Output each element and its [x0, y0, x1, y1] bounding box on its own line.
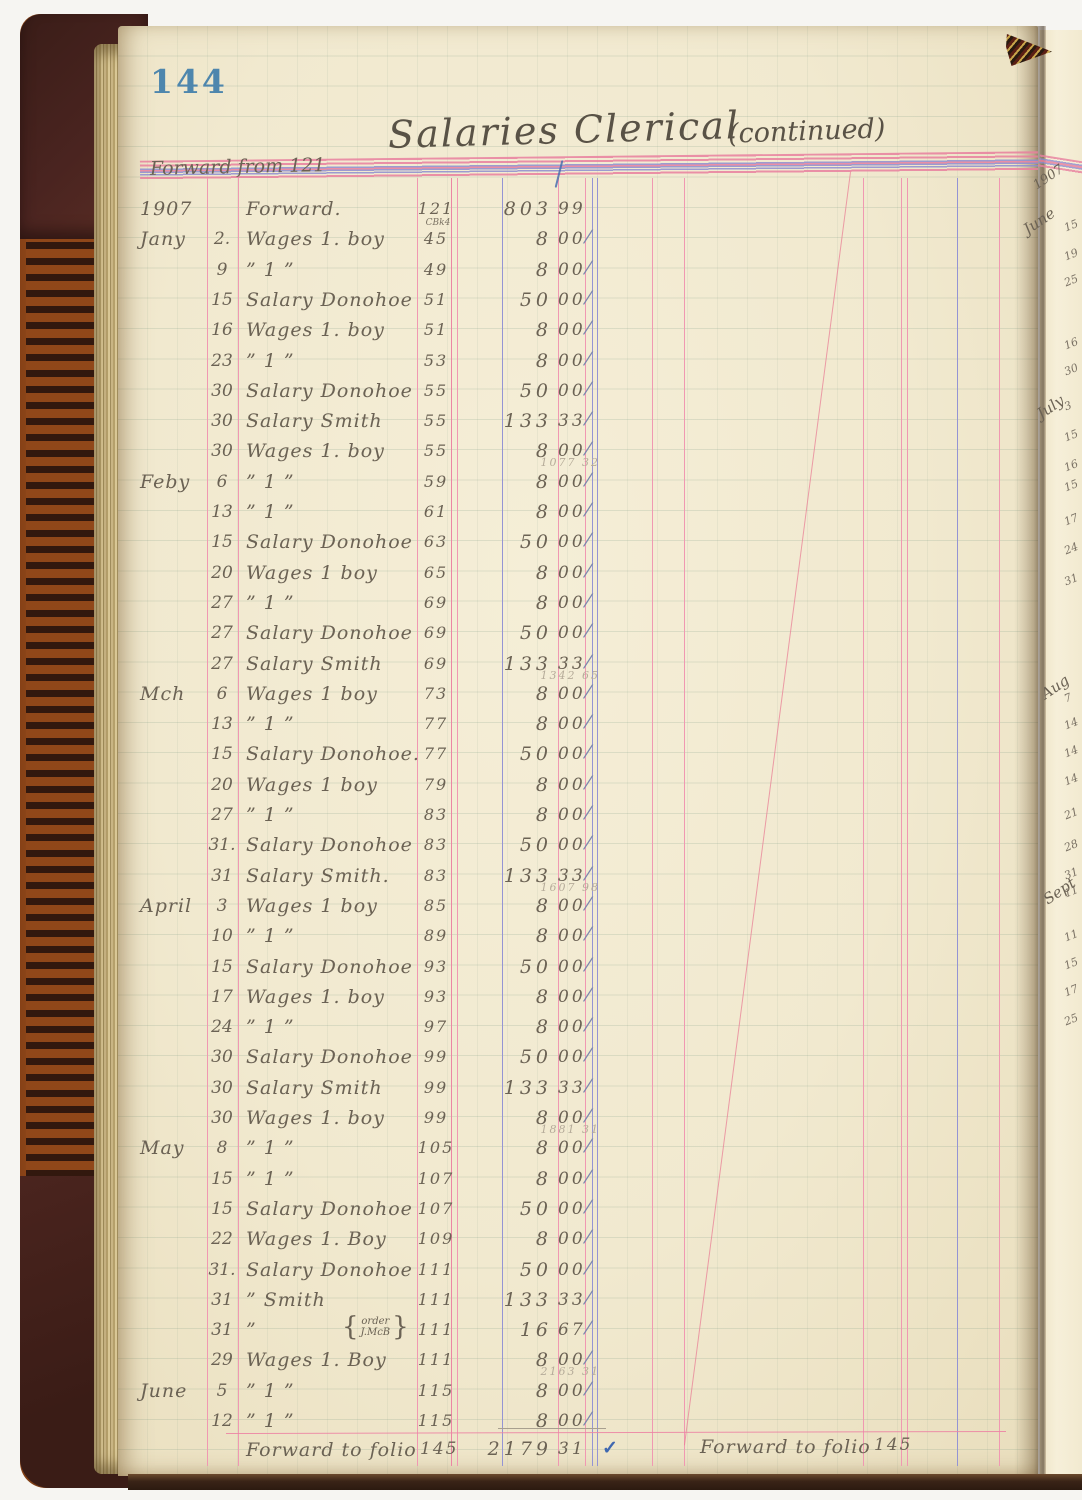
entry-description: Forward.: [246, 200, 418, 219]
forward-folio: 145: [420, 1441, 458, 1458]
entry-description: Salary Donohoe: [246, 958, 418, 977]
day-label: 31: [206, 1322, 238, 1339]
tick-mark: /: [584, 834, 606, 854]
amount-dollars: 8: [490, 988, 552, 1007]
folio-number: 89: [414, 928, 458, 944]
folio-number: 105: [414, 1140, 458, 1156]
folio-number: 83: [414, 807, 458, 823]
gutter-shadow: [1014, 26, 1046, 1476]
day-label: 15: [206, 534, 238, 551]
day-label: 24: [206, 1019, 238, 1036]
entry-description: ” 1 ”: [246, 261, 418, 280]
folio-number: 111: [414, 1292, 458, 1308]
amount-dollars: 50: [490, 745, 552, 764]
amount-dollars: 8: [490, 230, 552, 249]
amount-dollars: 8: [490, 321, 552, 340]
tick-mark: /: [584, 380, 606, 400]
day-label: 31.: [206, 837, 238, 854]
column-rule: [957, 178, 958, 1466]
day-label: 5: [206, 1383, 238, 1400]
day-label: 30: [206, 1080, 238, 1097]
tick-mark: /: [584, 289, 606, 309]
forward-to-label: Forward to folio: [246, 1441, 417, 1460]
entry-description: Salary Donohoe: [246, 1048, 418, 1067]
folio-number: 73: [414, 686, 458, 702]
folio-number: 65: [414, 565, 458, 581]
entry-description: Salary Donohoe: [246, 291, 418, 310]
cash-book-note: CBk4: [416, 219, 460, 228]
entry-description: ” 1 ”: [246, 594, 418, 613]
entry-description: Wages 1. boy: [246, 321, 418, 340]
brace-note-lines: orderJ.McB: [359, 1316, 393, 1339]
column-rule: [652, 178, 653, 1466]
brace-note-line1: order: [361, 1316, 391, 1328]
day-label: 15: [206, 1171, 238, 1188]
day-label: 30: [206, 413, 238, 430]
entry-description: Wages 1. boy: [246, 1109, 418, 1128]
tick-mark: /: [584, 410, 606, 430]
amount-dollars: 8: [490, 1230, 552, 1249]
folio-number: 97: [414, 1019, 458, 1035]
pencil-running-total: 1881 31: [468, 1124, 600, 1135]
amount-dollars: 8: [490, 473, 552, 492]
folio-number: 69: [414, 595, 458, 611]
entry-description: Wages 1 boy: [246, 776, 418, 795]
folio-number: 93: [414, 959, 458, 975]
amount-dollars: 8: [490, 927, 552, 946]
day-label: 27: [206, 807, 238, 824]
entry-description: Salary Donohoe: [246, 624, 418, 643]
folio-number: 99: [414, 1080, 458, 1096]
entry-description: Wages 1. Boy: [246, 1230, 418, 1249]
book-bottom-edge: [128, 1474, 1082, 1490]
day-label: 15: [206, 1201, 238, 1218]
tick-mark: /: [584, 1077, 606, 1097]
column-rule: [999, 178, 1000, 1466]
folio-number: 111: [414, 1322, 458, 1338]
tick-mark: /: [584, 259, 606, 279]
folio-number: 93: [414, 989, 458, 1005]
tick-mark: /: [584, 986, 606, 1006]
entry-description: Wages 1. boy: [246, 442, 418, 461]
tick-mark: /: [584, 228, 606, 248]
amount-dollars: 8: [490, 1170, 552, 1189]
tick-mark: /: [584, 1137, 606, 1157]
day-label: 17: [206, 989, 238, 1006]
column-rule: [907, 178, 908, 1466]
folio-number: 49: [414, 262, 458, 278]
tick-mark: /: [584, 501, 606, 521]
month-label: Jany: [140, 230, 206, 249]
day-label: 2.: [206, 231, 238, 248]
amount-dollars: 50: [490, 958, 552, 977]
tick-mark: /: [584, 562, 606, 582]
tick-mark: /: [584, 895, 606, 915]
amount-dollars: 133: [490, 1291, 552, 1310]
folio-number: 121: [414, 201, 458, 217]
entry-description: Salary Smith: [246, 655, 418, 674]
tick-mark: /: [584, 804, 606, 824]
entry-description: Salary Donohoe: [246, 1261, 418, 1280]
amount-dollars: 8: [490, 897, 552, 916]
folio-number: 79: [414, 777, 458, 793]
amount-dollars: 50: [490, 1200, 552, 1219]
folio-number: 55: [414, 383, 458, 399]
entry-description: Wages 1. boy: [246, 230, 418, 249]
day-label: 30: [206, 1049, 238, 1066]
forward-from-note: Forward from 121: [150, 154, 326, 180]
brace-open: {: [342, 1312, 359, 1342]
month-label: April: [140, 897, 206, 916]
day-label: 30: [206, 383, 238, 400]
tick-mark: /: [584, 592, 606, 612]
entry-description: ” 1 ”: [246, 715, 418, 734]
amount-dollars: 50: [490, 1048, 552, 1067]
entry-description: Salary Donohoe: [246, 533, 418, 552]
folio-number: 59: [414, 474, 458, 490]
column-rule: [863, 178, 864, 1466]
month-label: Feby: [140, 473, 206, 492]
day-label: 23: [206, 353, 238, 370]
day-label: 20: [206, 777, 238, 794]
tick-mark: /: [584, 774, 606, 794]
amount-dollars: 50: [490, 624, 552, 643]
folio-number: 115: [414, 1383, 458, 1399]
month-label: June: [140, 1382, 206, 1401]
amount-dollars: 8: [490, 776, 552, 795]
folio-number: 55: [414, 413, 458, 429]
amount-dollars: 8: [490, 1018, 552, 1037]
amount-dollars: 16: [490, 1321, 552, 1340]
tick-mark: /: [584, 1016, 606, 1036]
tick-mark: /: [584, 713, 606, 733]
entry-description: Salary Donohoe.: [246, 745, 418, 764]
entry-description: Salary Smith: [246, 412, 418, 431]
amount-dollars: 8: [490, 715, 552, 734]
amount-dollars: 8: [490, 1139, 552, 1158]
day-label: 8: [206, 1140, 238, 1157]
tick-mark: /: [584, 1410, 606, 1430]
day-label: 15: [206, 746, 238, 763]
day-label: 16: [206, 322, 238, 339]
entry-description: ” 1 ”: [246, 806, 418, 825]
folio-number: 69: [414, 625, 458, 641]
entry-description: ” 1 ”: [246, 1412, 418, 1431]
forward-folio-right: 145: [874, 1437, 912, 1454]
folio-number: 53: [414, 353, 458, 369]
tick-mark: /: [584, 743, 606, 763]
pencil-running-total: 1077 32: [468, 457, 600, 468]
entry-description: ” 1 ”: [246, 1170, 418, 1189]
amount-dollars: 803: [490, 200, 552, 219]
entry-description: Wages 1 boy: [246, 897, 418, 916]
tick-mark: /: [584, 350, 606, 370]
day-label: 29: [206, 1352, 238, 1369]
day-label: 6: [206, 686, 238, 703]
folio-number: 115: [414, 1413, 458, 1429]
tick-mark: /: [584, 1046, 606, 1066]
tick-mark: /: [584, 1319, 606, 1339]
month-label: May: [140, 1139, 206, 1158]
entry-description: ” 1 ”: [246, 473, 418, 492]
tick-mark: /: [584, 1228, 606, 1248]
amount-dollars: 8: [490, 352, 552, 371]
amount-dollars: 8: [490, 806, 552, 825]
entry-description: ” 1 ”: [246, 352, 418, 371]
column-rule: [684, 178, 685, 1466]
entry-description: Salary Donohoe: [246, 836, 418, 855]
day-label: 9: [206, 262, 238, 279]
folio-number: 111: [414, 1262, 458, 1278]
day-label: 30: [206, 1110, 238, 1127]
pencil-running-total: 2163 31: [468, 1366, 600, 1377]
day-label: 15: [206, 292, 238, 309]
tick-mark: /: [584, 1168, 606, 1188]
tick-mark: /: [584, 683, 606, 703]
entry-description: Wages 1 boy: [246, 685, 418, 704]
folio-number: 69: [414, 656, 458, 672]
month-label: 1907: [140, 200, 206, 219]
forward-to-label-right: Forward to folio: [700, 1438, 871, 1457]
folio-number: 83: [414, 837, 458, 853]
folio-number: 107: [414, 1201, 458, 1217]
entry-description: Salary Smith.: [246, 867, 418, 886]
amount-dollars: 133: [490, 412, 552, 431]
amount-dollars: 8: [490, 594, 552, 613]
amount-dollars: 8: [490, 1382, 552, 1401]
folio-number: 109: [414, 1231, 458, 1247]
day-label: 31: [206, 1292, 238, 1309]
day-label: 27: [206, 595, 238, 612]
day-label: 31.: [206, 1262, 238, 1279]
amount-dollars: 8: [490, 1412, 552, 1431]
tick-mark: /: [584, 471, 606, 491]
amount-dollars: 8: [490, 564, 552, 583]
entry-description: ” 1 ”: [246, 927, 418, 946]
amount-dollars: 50: [490, 382, 552, 401]
tick-mark: /: [584, 622, 606, 642]
tick-mark: /: [584, 1289, 606, 1309]
pencil-running-total: 1342 65: [468, 670, 600, 681]
folio-number: 83: [414, 868, 458, 884]
folio-number: 63: [414, 534, 458, 550]
entry-description: ” 1 ”: [246, 503, 418, 522]
entry-description: ” 1 ”: [246, 1382, 418, 1401]
folio-number: 61: [414, 504, 458, 520]
tick-mark: /: [584, 1198, 606, 1218]
entry-description: ” 1 ”: [246, 1139, 418, 1158]
day-label: 22: [206, 1231, 238, 1248]
day-label: 27: [206, 625, 238, 642]
brace-note-line2: J.McB: [361, 1327, 391, 1339]
tick-mark: /: [584, 1380, 606, 1400]
amount-dollars: 50: [490, 1261, 552, 1280]
entry-description: ” 1 ”: [246, 1018, 418, 1037]
day-label: 6: [206, 474, 238, 491]
day-label: 20: [206, 565, 238, 582]
column-rule: [238, 178, 239, 1466]
folio-number: 99: [414, 1110, 458, 1126]
entry-description: ” Smith: [246, 1291, 418, 1310]
amount-cents: 99: [558, 201, 592, 218]
tick-mark: /: [584, 531, 606, 551]
amount-dollars: 50: [490, 836, 552, 855]
tick-mark: /: [584, 956, 606, 976]
entry-description: Wages 1 boy: [246, 564, 418, 583]
day-label: 30: [206, 443, 238, 460]
amount-dollars: 8: [490, 261, 552, 280]
folio-number: 77: [414, 716, 458, 732]
folio-number: 77: [414, 746, 458, 762]
day-label: 10: [206, 928, 238, 945]
day-label: 31: [206, 868, 238, 885]
folio-number: 111: [414, 1352, 458, 1368]
brace-close: }: [392, 1312, 409, 1342]
amount-dollars: 8: [490, 685, 552, 704]
day-label: 12: [206, 1413, 238, 1430]
title-continued: (continued): [728, 113, 886, 149]
tick-mark: /: [584, 1259, 606, 1279]
day-label: 27: [206, 656, 238, 673]
month-label: Mch: [140, 685, 206, 704]
entry-description: Wages 1. Boy: [246, 1351, 418, 1370]
day-label: 3: [206, 898, 238, 915]
tick-mark: /: [584, 925, 606, 945]
entry-description: Salary Donohoe: [246, 382, 418, 401]
amount-dollars: 8: [490, 503, 552, 522]
order-brace-note: {orderJ.McB}: [342, 1312, 409, 1342]
amount-dollars: 50: [490, 291, 552, 310]
amount-dollars: 133: [490, 1079, 552, 1098]
column-rule: [901, 178, 902, 1466]
folio-number: 55: [414, 443, 458, 459]
entry-description: Salary Smith: [246, 1079, 418, 1098]
page-number: 144: [150, 62, 228, 101]
amount-dollars: 50: [490, 533, 552, 552]
folio-number: 45: [414, 231, 458, 247]
folio-number: 85: [414, 898, 458, 914]
page-total-cents: 31: [558, 1441, 592, 1458]
pencil-running-total: 1607 98: [468, 882, 600, 893]
tick-mark: /: [584, 319, 606, 339]
entry-description: Wages 1. boy: [246, 988, 418, 1007]
entry-description: Salary Donohoe: [246, 1200, 418, 1219]
page-total-dollars: 2179: [484, 1440, 552, 1459]
folio-number: 51: [414, 292, 458, 308]
folio-number: 51: [414, 322, 458, 338]
day-label: 13: [206, 504, 238, 521]
folio-number: 107: [414, 1171, 458, 1187]
day-label: 13: [206, 716, 238, 733]
day-label: 15: [206, 959, 238, 976]
folio-number: 99: [414, 1049, 458, 1065]
total-check-mark: ✓: [602, 1439, 624, 1458]
